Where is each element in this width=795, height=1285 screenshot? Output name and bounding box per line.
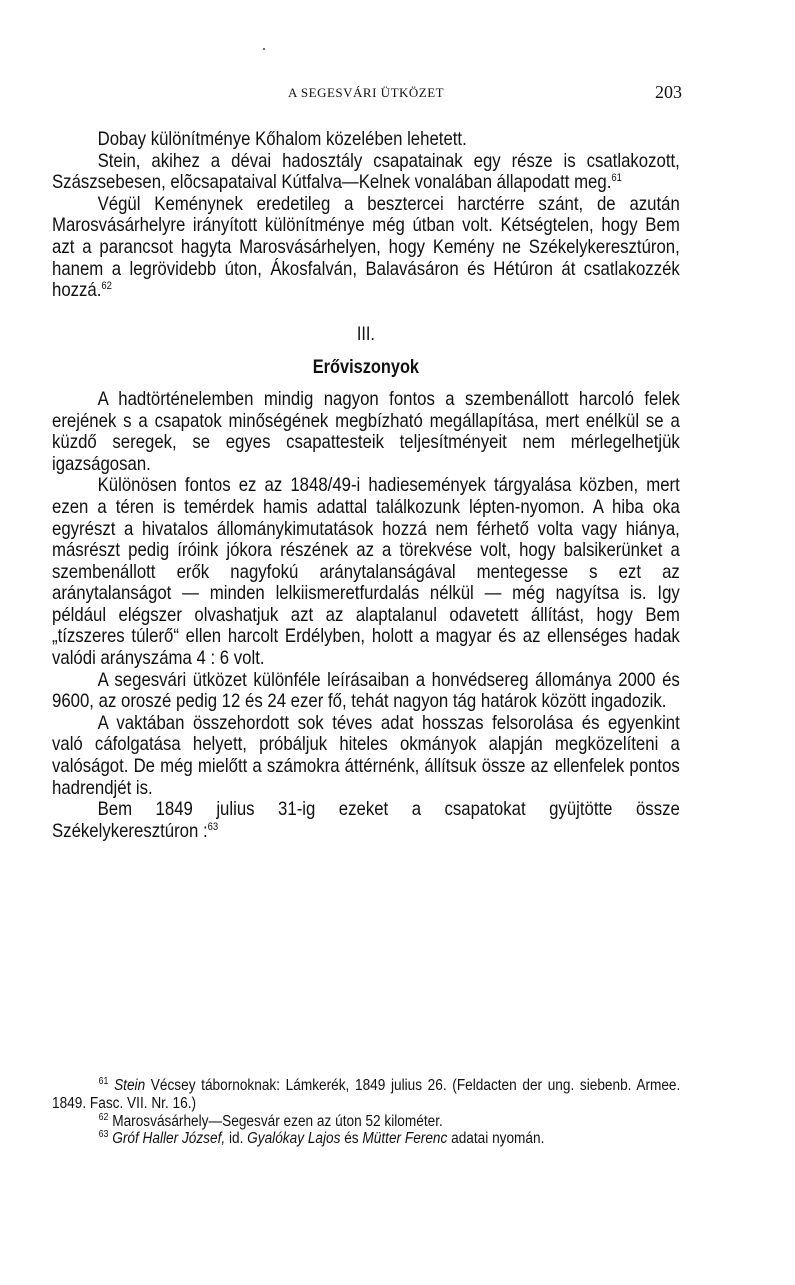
footnote-text: id.: [225, 1130, 247, 1147]
footnote-63: 63 Gróf Haller József, id. Gyalókay Lajo…: [52, 1130, 680, 1148]
paragraph: A hadtörténelemben mindig nagyon fontos …: [52, 389, 680, 475]
paragraph: A vaktában összehordott sok téves adat h…: [52, 713, 680, 799]
footnote-italic: Gróf Haller József,: [112, 1130, 225, 1147]
running-header: A SEGESVÁRI ÜTKÖZET 203: [0, 85, 795, 105]
paragraph: Végül Keménynek eredetileg a besztercei …: [52, 194, 680, 302]
paragraph: Dobay különítménye Kőhalom közelében leh…: [52, 129, 680, 151]
paragraph-text: Bem 1849 julius 31-ig ezeket a csapatoka…: [52, 798, 680, 842]
footnotes: 61 Stein Vécsey tábornoknak: Lámkerék, 1…: [52, 1077, 680, 1148]
footnote-text: és: [340, 1130, 362, 1147]
paragraph: A segesvári ütközet különféle leírásaiba…: [52, 670, 680, 713]
paragraph-text: Különösen fontos ez az 1848/49-i hadiese…: [52, 474, 680, 669]
book-page: A SEGESVÁRI ÜTKÖZET 203 Dobay különítmén…: [0, 0, 795, 1285]
footnote-italic: Mütter Ferenc: [362, 1130, 447, 1147]
footnote-number: 63: [99, 1129, 109, 1140]
footnote-ref[interactable]: 63: [208, 821, 219, 833]
footnote-ref[interactable]: 61: [611, 172, 622, 184]
paragraph-text: A hadtörténelemben mindig nagyon fontos …: [52, 388, 680, 475]
paragraph-text: Végül Keménynek eredetileg a besztercei …: [52, 193, 680, 301]
paragraph: Különösen fontos ez az 1848/49-i hadiese…: [52, 475, 680, 669]
paragraph: Stein, akihez a dévai hadosztály csapata…: [52, 151, 680, 194]
footnotes-inner: 61 Stein Vécsey tábornoknak: Lámkerék, 1…: [52, 1077, 680, 1148]
footnote-text: Marosvásárhely—Segesvár ezen az úton 52 …: [112, 1113, 443, 1130]
footnote-text: adatai nyomán.: [447, 1130, 544, 1147]
footnote-ref[interactable]: 62: [101, 280, 112, 292]
section-number: III.: [52, 324, 680, 346]
scan-speck: [263, 48, 265, 50]
footnote-number: 62: [99, 1112, 109, 1123]
running-title: A SEGESVÁRI ÜTKÖZET: [288, 85, 444, 101]
paragraph-text: A segesvári ütközet különféle leírásaiba…: [52, 669, 680, 713]
section-title: Erőviszonyok: [52, 357, 680, 379]
footnote-text: Vécsey tábornoknak: Lámkerék, 1849 juliu…: [52, 1077, 680, 1112]
paragraph-text: Dobay különítménye Kőhalom közelében leh…: [98, 128, 467, 150]
footnote-number: 61: [99, 1076, 109, 1087]
footnote-61: 61 Stein Vécsey tábornoknak: Lámkerék, 1…: [52, 1077, 680, 1113]
page-number: 203: [655, 82, 682, 103]
footnote-italic: Gyalókay Lajos: [247, 1130, 340, 1147]
paragraph-text: Stein, akihez a dévai hadosztály csapata…: [52, 150, 680, 194]
footnote-italic: Stein: [114, 1077, 145, 1094]
body-text-inner: Dobay különítménye Kőhalom közelében leh…: [52, 129, 680, 842]
paragraph: Bem 1849 julius 31-ig ezeket a csapatoka…: [52, 799, 680, 842]
paragraph-text: A vaktában összehordott sok téves adat h…: [52, 712, 680, 799]
body-text: Dobay különítménye Kőhalom közelében leh…: [52, 129, 680, 842]
footnote-62: 62 Marosvásárhely—Segesvár ezen az úton …: [52, 1113, 680, 1131]
